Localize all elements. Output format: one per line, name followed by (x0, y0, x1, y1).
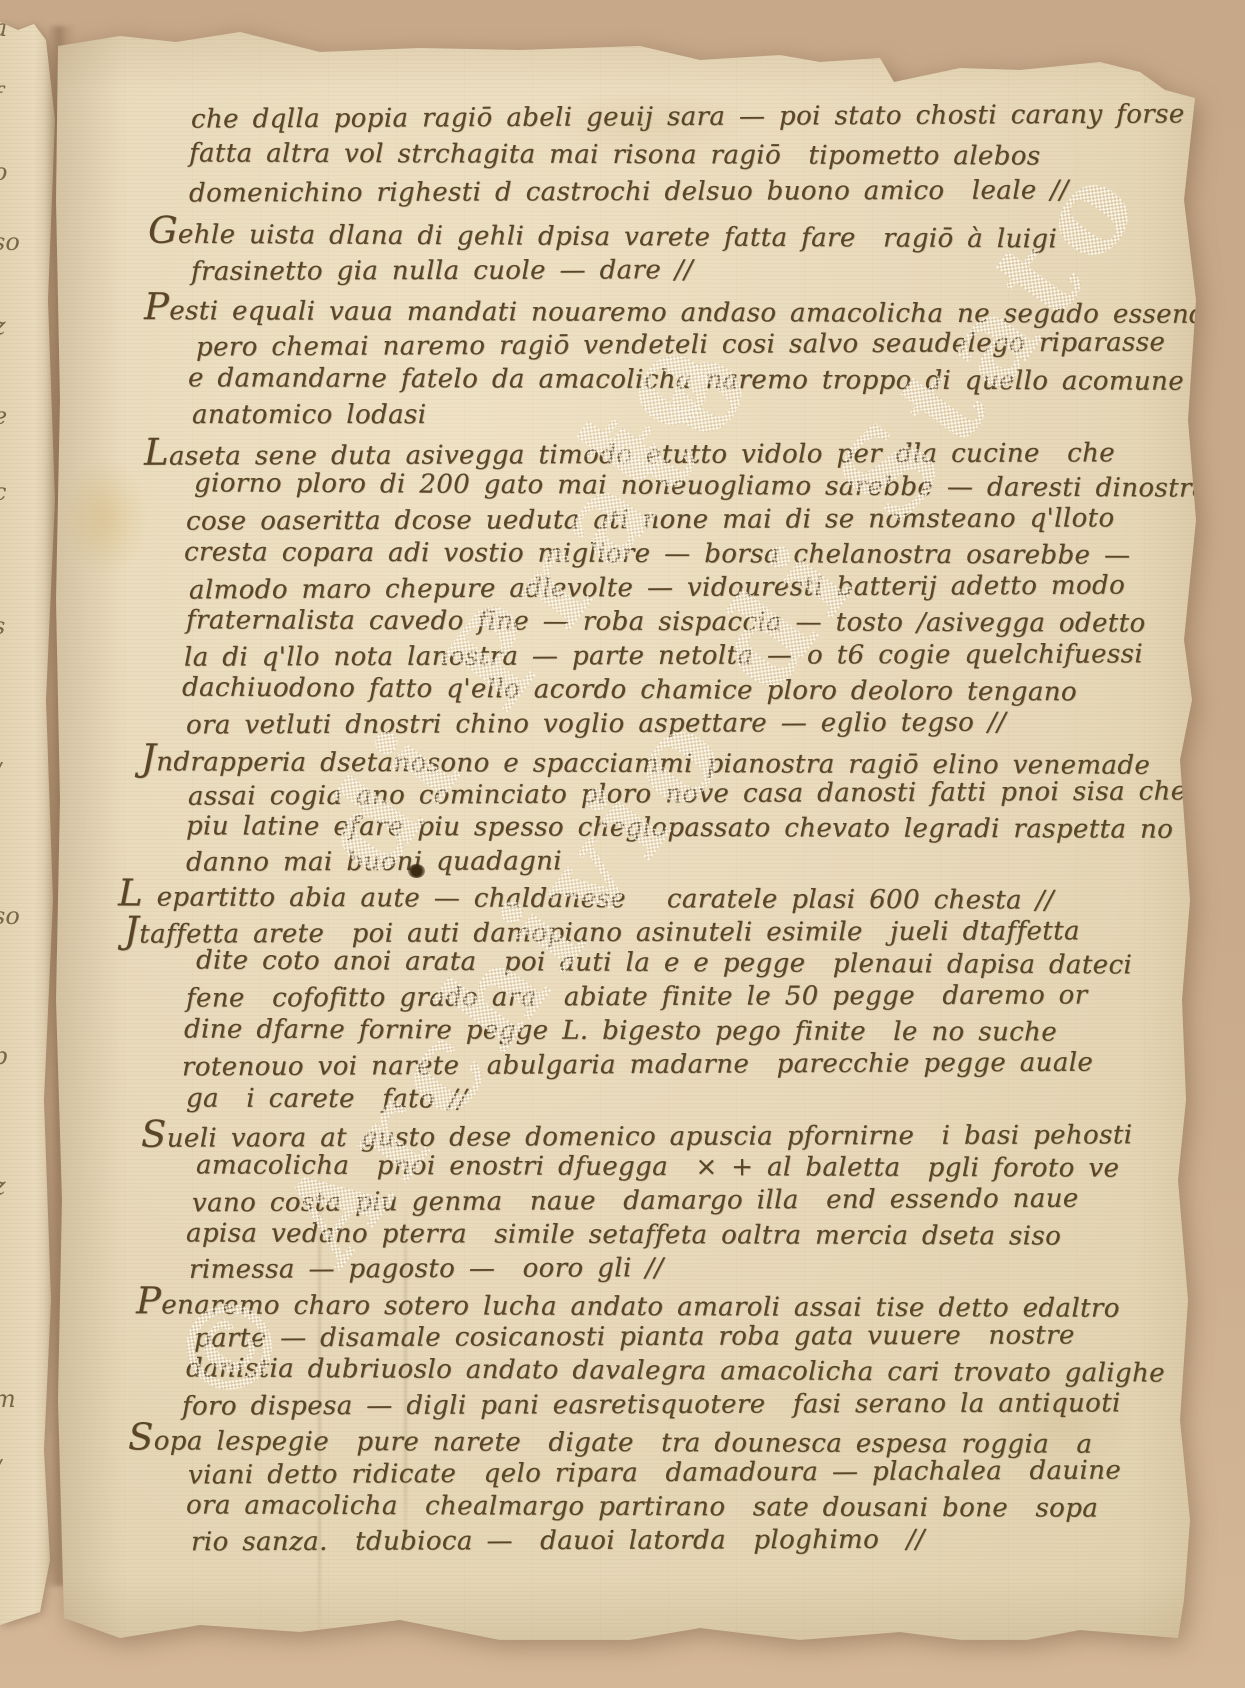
text-line: Gehle uista dlana di gehli dpisa varete … (148, 216, 1057, 255)
text-line: Sueli vaora at gusto dese domenico apusc… (141, 1116, 1133, 1153)
text-line: pero chemai naremo ragiō vendeteli cosi … (196, 327, 1165, 362)
text-line: Sopa lespegie pure narete digate tra dou… (128, 1422, 1092, 1459)
text-line: fatta altra vol strchagita mai risona ra… (189, 139, 1041, 172)
text-line: ora vetluti dnostri chino voglio aspetta… (186, 708, 1006, 741)
text-line: parte — disamale cosicanosti pianta roba… (194, 1320, 1075, 1353)
text-line: dite coto anoi arata poi auti la e e peg… (196, 946, 1132, 981)
text-line: viani detto ridicate qelo ripara damadou… (188, 1456, 1121, 1491)
text-line: Laseta sene duta asivegga timodo etutto … (144, 434, 1115, 471)
scan-background: afosozec.s|/iso·bizl.m/ che dqlla popia … (0, 0, 1245, 1688)
text-line: che dqlla popia ragiō abeli geuij sara —… (191, 99, 1185, 134)
text-line: ora amacolicha chealmargo partirano sate… (186, 1490, 1098, 1523)
manuscript-page-wrap: che dqlla popia ragiō abeli geuij sara —… (0, 0, 1245, 1688)
manuscript-page: che dqlla popia ragiō abeli geuij sara —… (56, 28, 1204, 1640)
text-line: la di q'llo nota lanostra — parte netolt… (184, 639, 1143, 672)
text-line: domenichino righesti d castrochi delsuo … (189, 175, 1069, 208)
text-line: frasinetto gia nulla cuole — dare // (191, 255, 693, 287)
text-line: danno mai buoni quadagni (186, 846, 562, 877)
text-line: piu latine efare piu spesso cheglopassat… (186, 811, 1173, 844)
text-line: Jndrapperia dsetanosono e spacciammi pia… (141, 743, 1150, 781)
text-line: vano costa piu genma naue damargo illa e… (192, 1184, 1079, 1219)
text-line: apisa vedano pterra simile setaffeta oal… (186, 1218, 1061, 1251)
text-line: assai cogia ano cominciato ploro nove ca… (188, 776, 1216, 811)
handwritten-text-block: che dqlla popia ragiō abeli geuij sara —… (56, 28, 1204, 1640)
text-line: dachiuodono fatto q'ello acordo chamice … (182, 673, 1077, 708)
text-line: ga i carete fato // (186, 1084, 467, 1115)
text-line: Pesti equali vaua mandati nouaremo andas… (144, 292, 1222, 330)
text-line: fraternalista cavedo fine — roba sispacc… (186, 605, 1146, 638)
text-line: almodo maro chepure adlevolte — vidoures… (189, 571, 1125, 606)
text-line: Jtaffetta arete poi auti damopiano asinu… (124, 912, 1080, 949)
text-line: rio sanza. tdubioca — dauoi latorda plog… (191, 1525, 925, 1558)
text-line: anatomico lodasi (192, 400, 426, 430)
text-line: foro dispesa — digli pani easretisquoter… (182, 1388, 1121, 1421)
text-line: danistia dubriuoslo andato davalegra ama… (186, 1353, 1165, 1388)
ink-blot (408, 864, 425, 878)
text-line: dine dfarne fornire pegge L. bigesto peg… (184, 1014, 1057, 1047)
text-line: e damandarne fatelo da amacolicha naremo… (188, 363, 1184, 396)
text-line: L epartitto abia aute — chaldanese carat… (118, 878, 1054, 915)
text-line: cose oaseritta dcose ueduta ati none mai… (186, 503, 1115, 536)
text-line: giorno ploro di 200 gato mai noneuogliam… (194, 468, 1208, 503)
text-line: rotenouo voi narete abulgaria madarne pa… (182, 1048, 1093, 1083)
text-line: fene cofofitto grado ara abiate finite l… (186, 980, 1088, 1013)
text-line: Penaremo charo sotero lucha andato amaro… (136, 1286, 1120, 1323)
text-line: amacolicha pnoi enostri dfuegga × + al b… (196, 1150, 1119, 1183)
text-line: rimessa — pagosto — ooro gli // (189, 1253, 664, 1285)
text-line: cresta copara adi vostio migliore — bors… (184, 537, 1131, 570)
